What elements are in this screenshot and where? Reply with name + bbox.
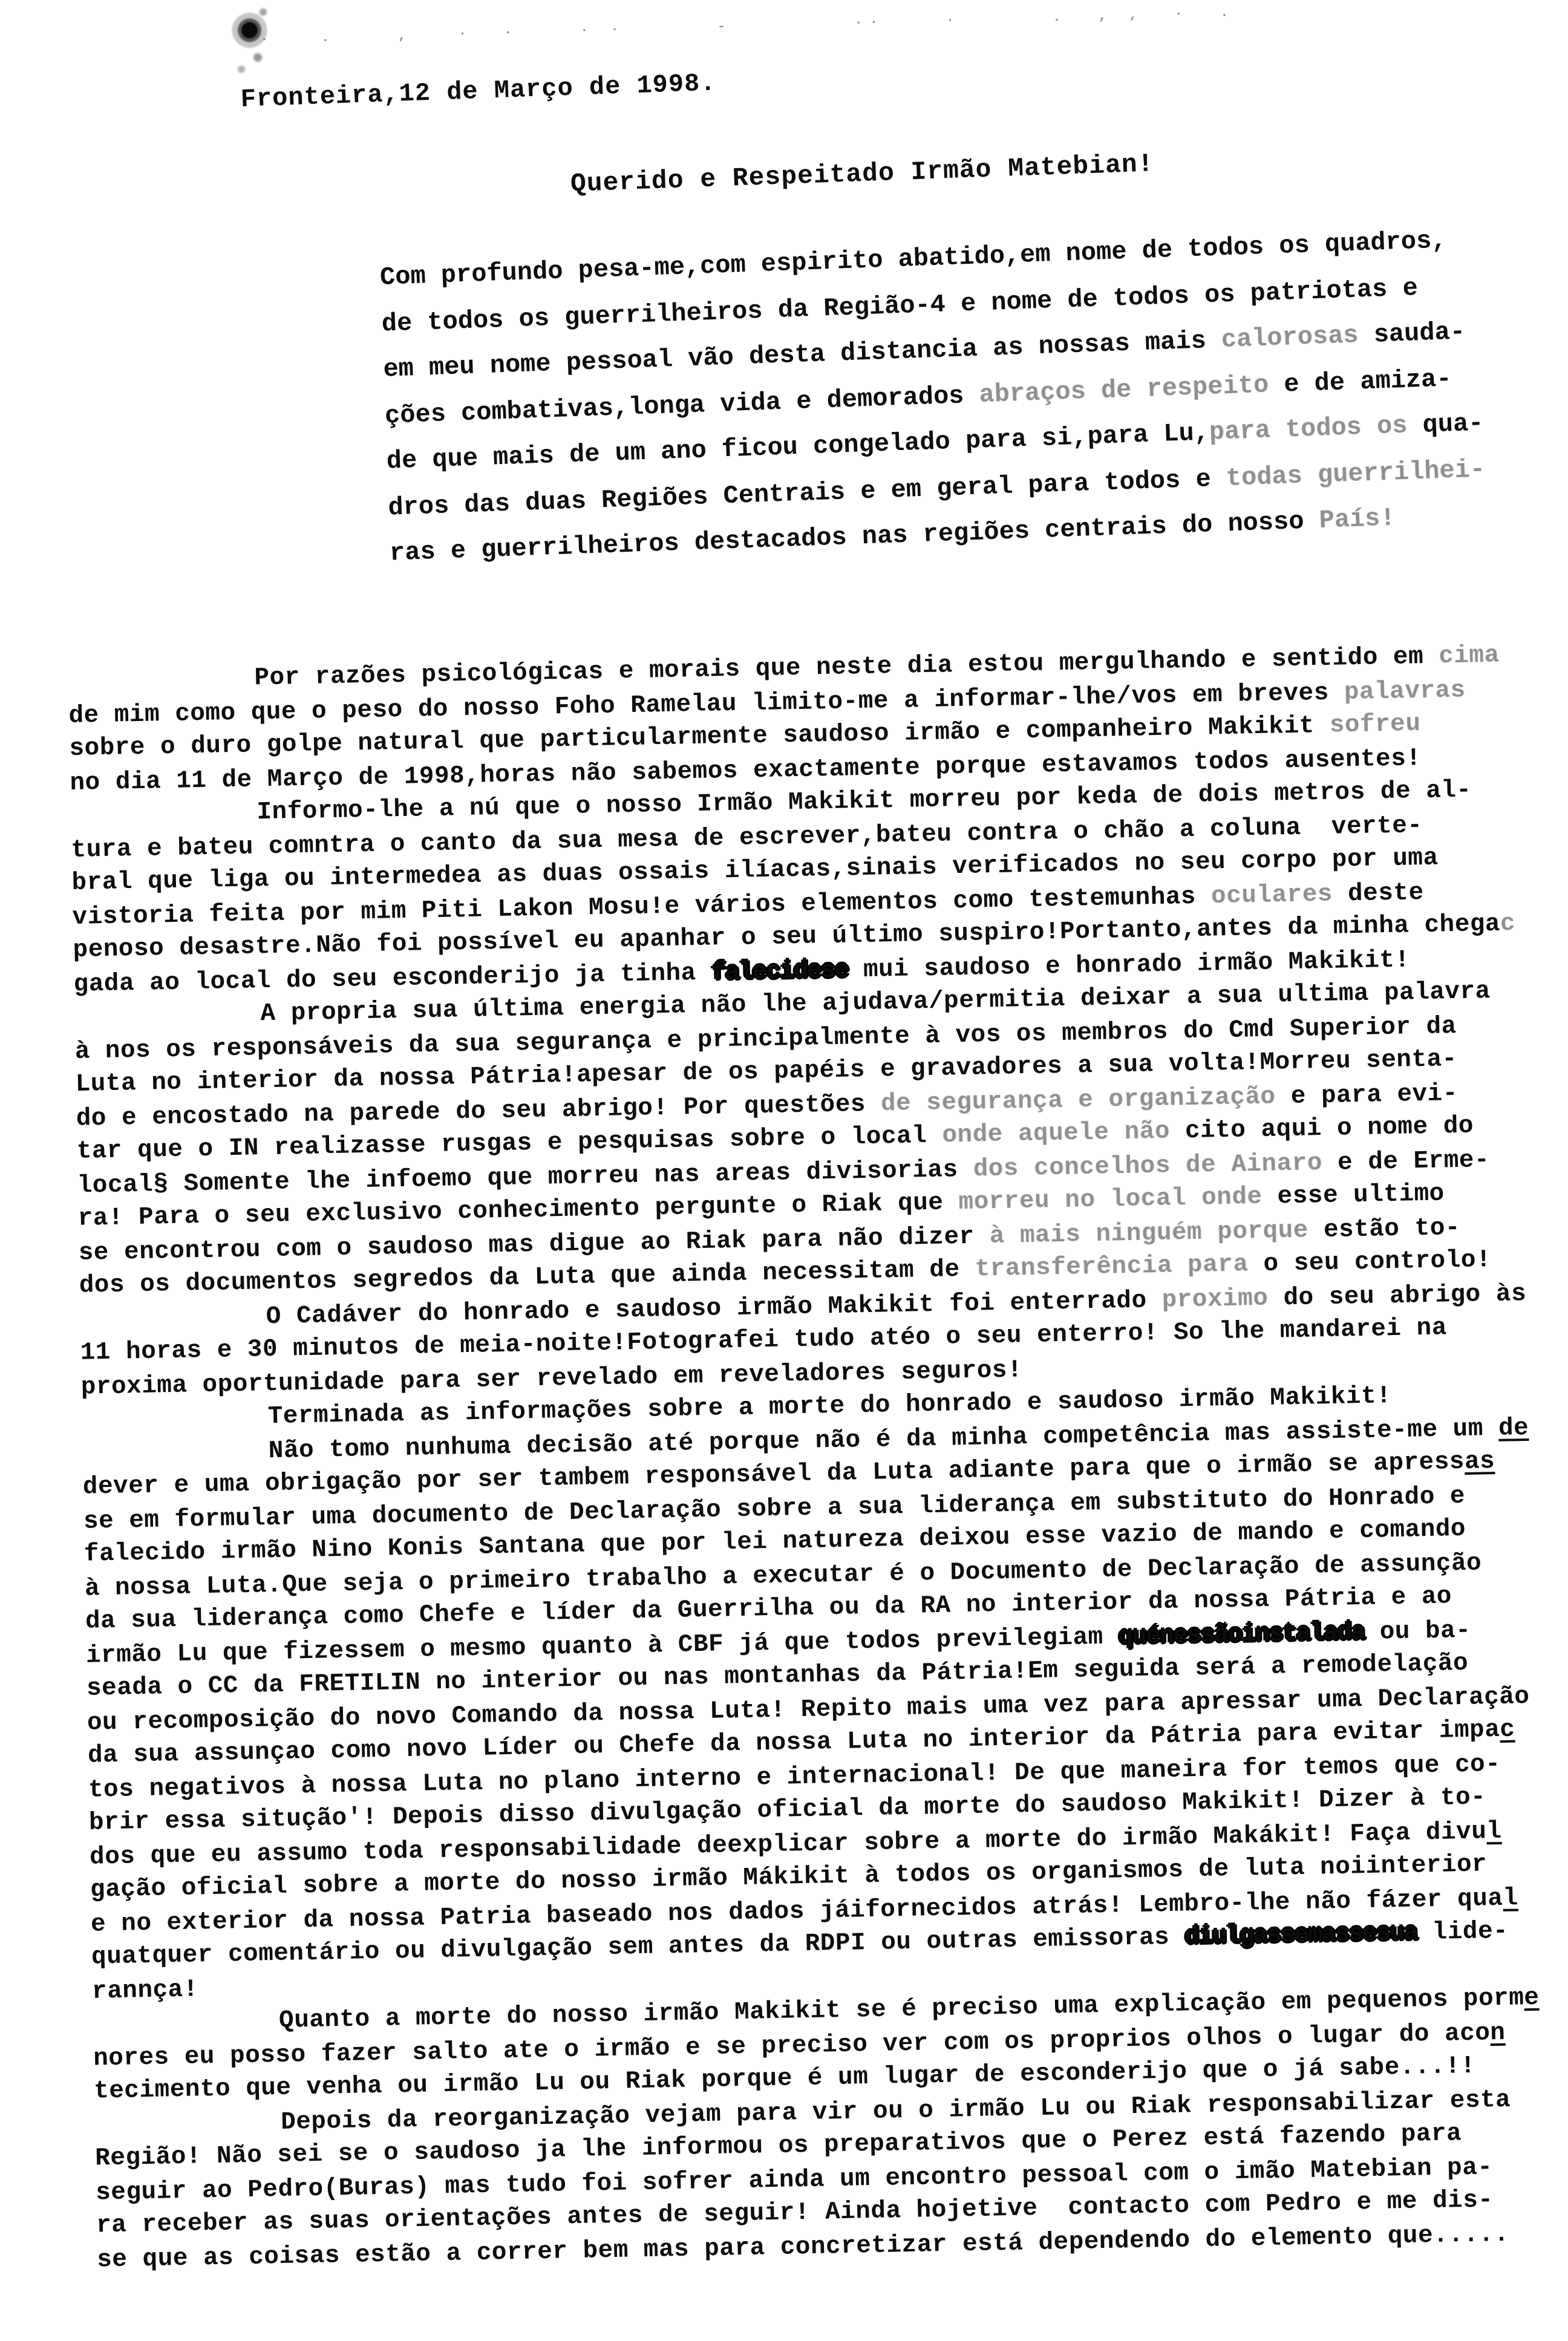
opening-paragraph: Com profundo pesa-me,com espirito abatid… (379, 217, 1488, 576)
letter-header-block: Fronteira,12 de Março de 1998. Querido e… (0, 0, 1568, 674)
salutation-line: Querido e Respeitado Irmão Matebian! (570, 149, 1154, 199)
scanned-letter-page: · . ‚ · · · · - ·· · . , , · . Fronteira… (0, 0, 1568, 2341)
letter-body: Por razões psicológicas e morais que nes… (68, 638, 1567, 2276)
date-line: Fronteira,12 de Março de 1998. (240, 68, 716, 114)
